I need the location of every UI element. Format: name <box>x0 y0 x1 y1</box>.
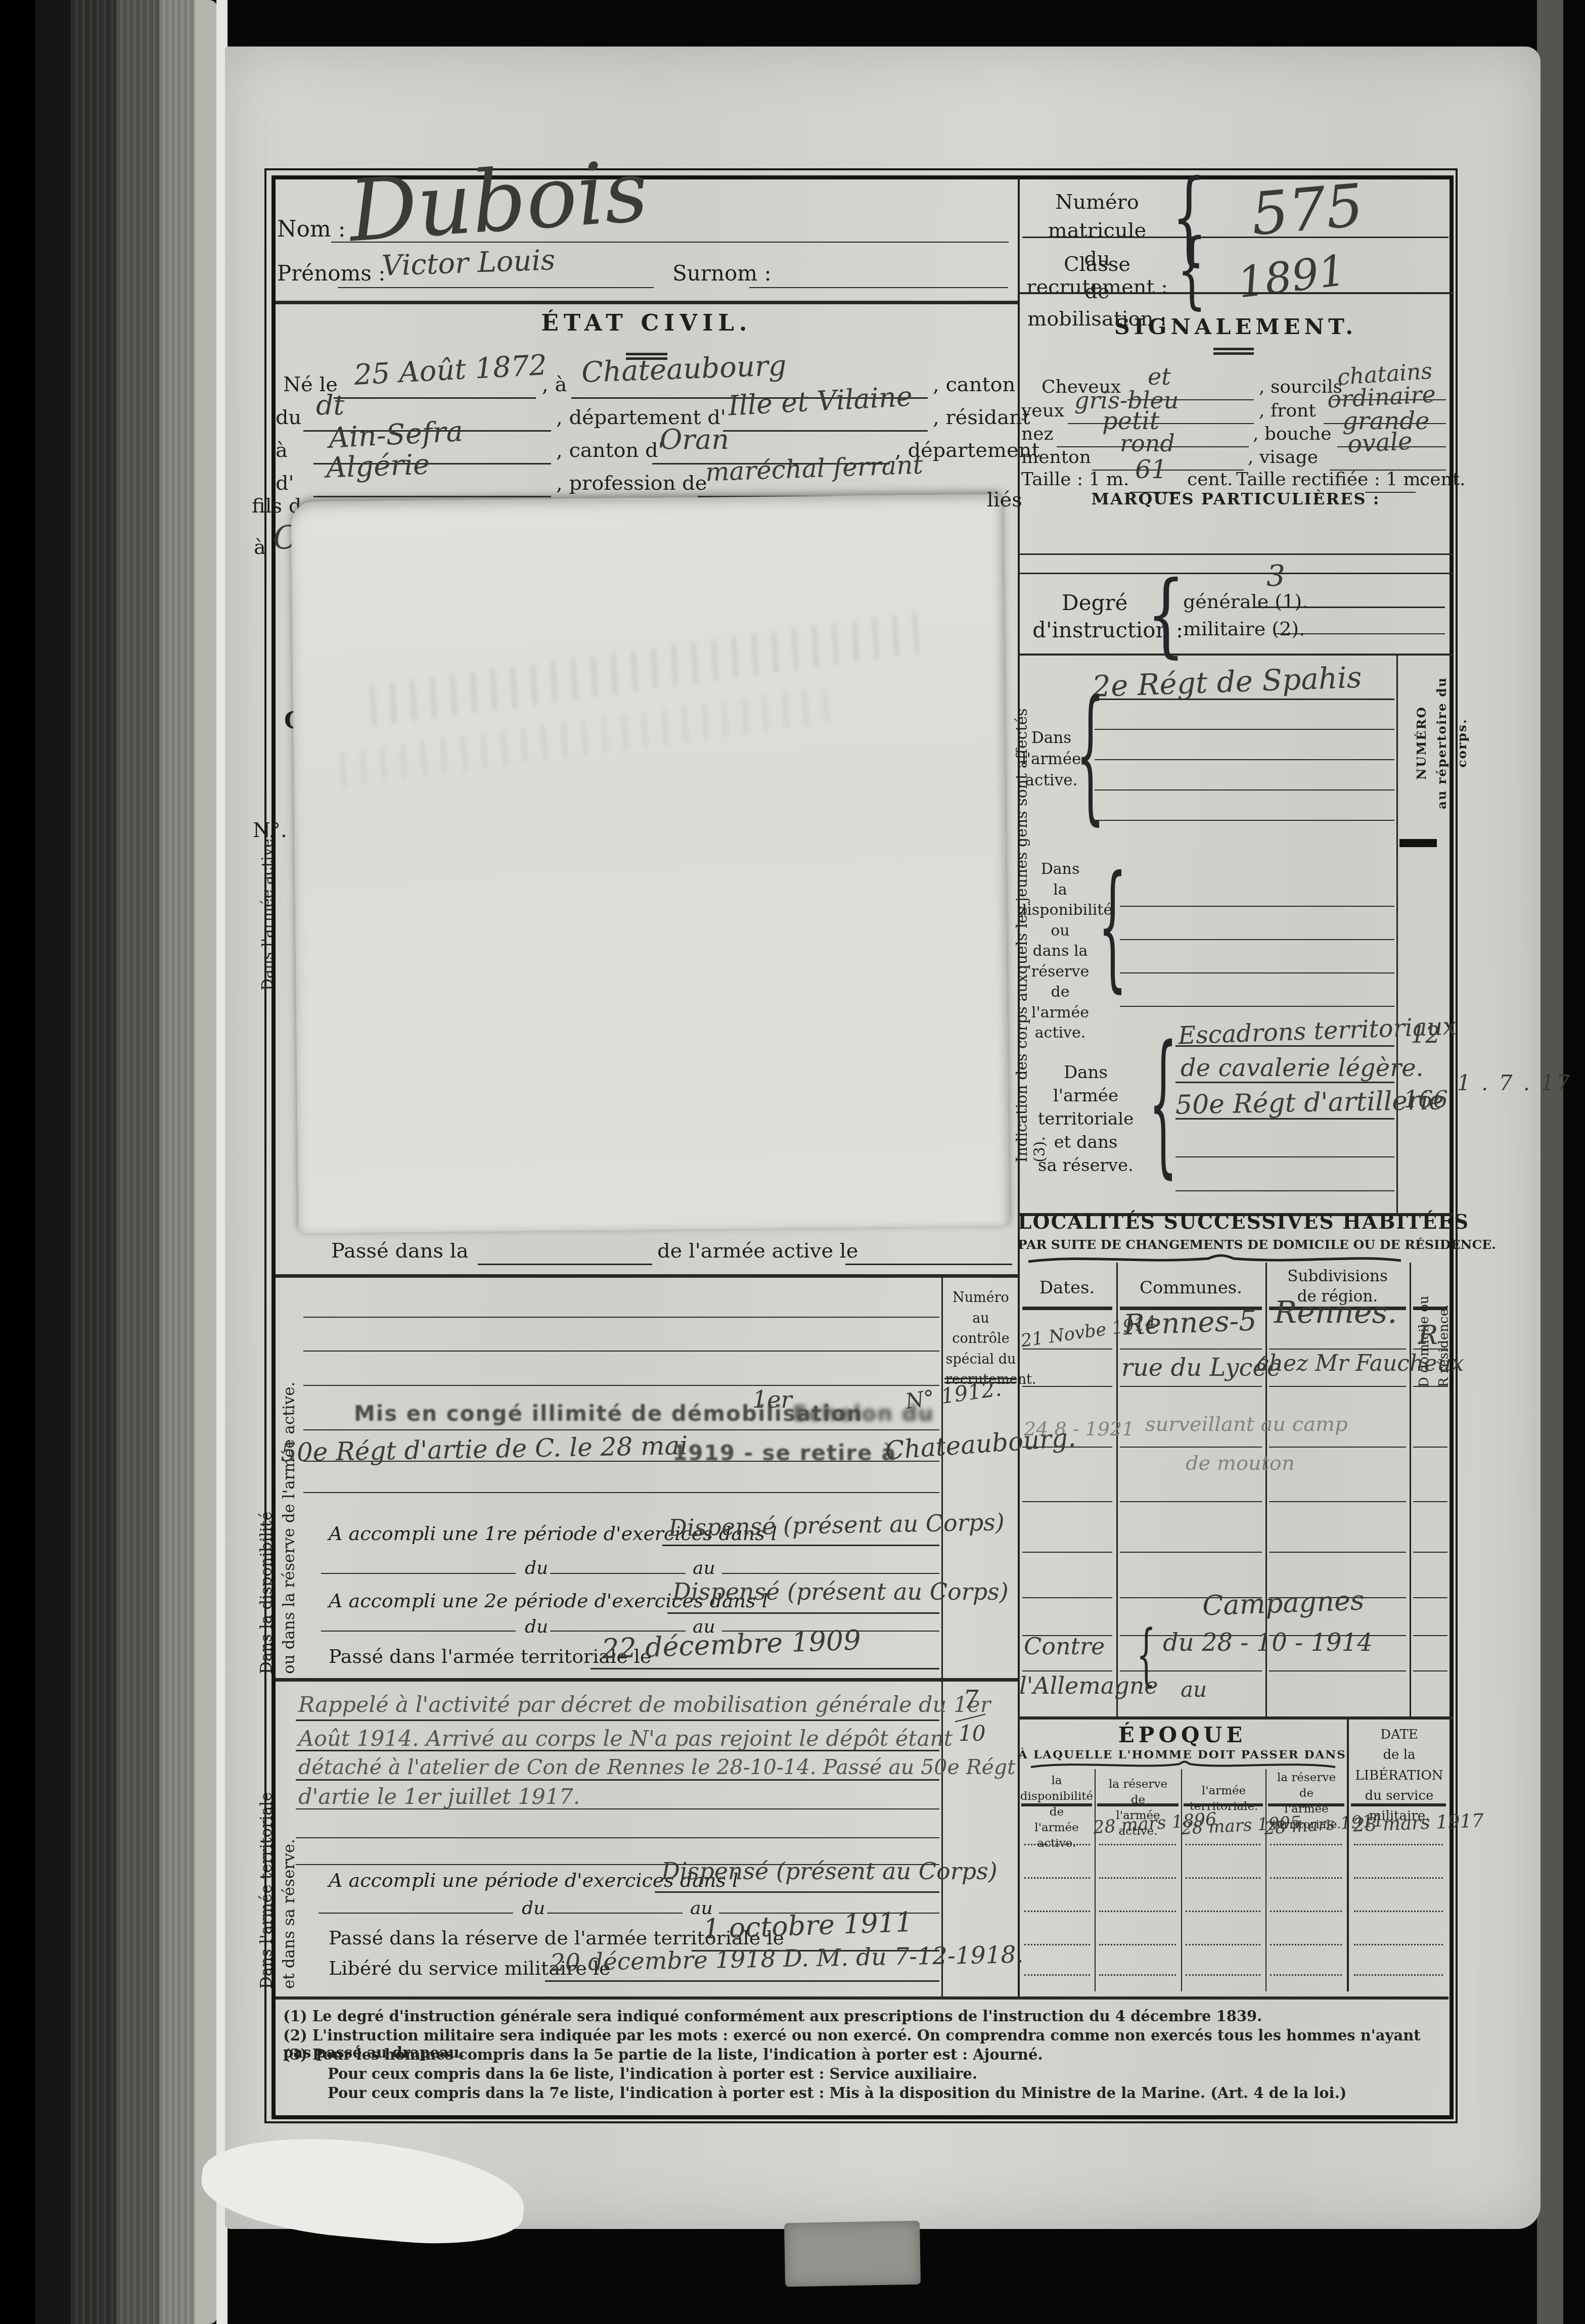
loc-line-d1 <box>1022 1597 1112 1598</box>
corps-g3-brace: { <box>1149 1027 1178 1182</box>
front-label: , front <box>1259 400 1316 421</box>
a-label: à <box>276 439 288 462</box>
footnote-3: (3) Pour les hommes compris dans la 5e p… <box>283 2046 1446 2063</box>
corps-g3-num1: 12 <box>1411 1021 1440 1048</box>
book-spine-band1 <box>35 0 71 2324</box>
etat-civil-title: ÉTAT CIVIL. <box>276 309 1018 336</box>
footnotes-top-rule <box>276 1996 1448 2000</box>
dispo-line4 <box>303 1429 939 1430</box>
repertoire-end-mark <box>1399 839 1437 847</box>
fraction-top: 7 <box>963 1686 979 1714</box>
corps-g3-num2: 166 <box>1403 1086 1448 1113</box>
dispo-line2 <box>303 1351 939 1352</box>
dispo-side-label: Dans la disponibilité ou dans la réserve… <box>255 1280 301 1674</box>
corps-g3-value2: de cavalerie légère. <box>1181 1054 1424 1082</box>
g1-line3 <box>1095 789 1394 791</box>
nez-label: nez <box>1021 424 1053 444</box>
generale-label: générale (1). <box>1183 590 1308 613</box>
territoriale-side-label: Dans l'armée territoriale et dans sa rés… <box>255 1686 301 1989</box>
epoque-brace-ornament <box>1029 1759 1337 1770</box>
ep-dotline-b3 <box>1186 1877 1260 1879</box>
dispo-numcol-header: Numéro au contrôle spécial du recrutemen… <box>945 1288 1016 1390</box>
ep-dotline-d1 <box>1024 1944 1090 1945</box>
du-label: du <box>276 406 301 429</box>
dispo-line6 <box>303 1492 939 1493</box>
ep-dotline-c3 <box>1186 1911 1260 1912</box>
yeux-underline <box>1068 423 1254 424</box>
dispo-line3 <box>303 1385 939 1386</box>
loc-hdr-rule4 <box>1413 1307 1447 1310</box>
loc-hdr-rule1 <box>1022 1307 1112 1310</box>
loc-r2-text2: de mouton <box>1186 1452 1295 1475</box>
loc-line-b1 <box>1022 1501 1112 1502</box>
terr-empty-line1 <box>296 1837 939 1838</box>
ep-dotline-c2 <box>1099 1911 1176 1912</box>
prenoms-value: Victor Louis <box>381 244 556 283</box>
corps-g3-label: Dans l'armée territoriale et dans sa rés… <box>1031 1061 1140 1177</box>
lies-fragment: liés <box>987 488 1022 512</box>
loc-line-f1 <box>1022 1670 1112 1671</box>
rappel-underline4 <box>296 1808 939 1809</box>
canton-d-label: , canton d' <box>556 439 664 462</box>
menton-label: menton <box>1021 447 1091 468</box>
localites-col-dates: Dates. <box>1020 1278 1114 1298</box>
corps-numcol-divider <box>1396 656 1398 1214</box>
footnote-1: (1) Le degré d'instruction générale sera… <box>283 2008 1446 2025</box>
periode2-value: Dispensé (présent au Corps) <box>672 1578 1009 1605</box>
sig-rule1 <box>1018 553 1454 555</box>
ep-dotline-e5 <box>1354 1974 1443 1976</box>
rappel-underline2 <box>296 1750 939 1751</box>
canton-value: dt <box>316 389 344 421</box>
dispo-line1 <box>303 1317 939 1318</box>
libere-underline <box>545 1980 939 1982</box>
book-page-edges1 <box>71 0 116 2324</box>
periode1-au: au <box>693 1558 715 1578</box>
campagnes-title: Campagnes <box>1202 1584 1365 1621</box>
ep-dotline-a4 <box>1270 1844 1342 1845</box>
g1-line0 <box>1095 699 1394 700</box>
g3-line4 <box>1175 1156 1394 1157</box>
generale-underline <box>1254 607 1445 608</box>
passe-active-label1: Passé dans la <box>331 1239 469 1263</box>
rappel-hw-line1: Rappelé à l'activité par décret de mobil… <box>298 1692 990 1717</box>
rappel-hw-line4: d'artie le 1er juillet 1917. <box>298 1784 580 1809</box>
p1-du-line1 <box>321 1573 516 1574</box>
scanned-document: Nom : Dubois Prénoms : Victor Louis Surn… <box>0 0 1585 2324</box>
passe-active-underline1 <box>478 1264 652 1265</box>
header-thick-rule <box>276 301 1018 304</box>
instruction-brace: { <box>1147 570 1185 661</box>
classe-underline <box>1018 292 1454 294</box>
canton-label: , canton <box>933 373 1015 396</box>
epoque-title: ÉPOQUE <box>1018 1723 1347 1747</box>
epoque-col3-divider <box>1265 1769 1266 1991</box>
birth-date-underline <box>334 397 536 399</box>
g2-line3 <box>1120 972 1394 973</box>
ep-dotline-c4 <box>1270 1911 1342 1912</box>
departement2-value: Algérie <box>326 448 430 484</box>
departement-underline <box>723 430 928 432</box>
ep-dotline-a2 <box>1099 1844 1176 1845</box>
footnote-4: Pour ceux compris dans la 6e liste, l'in… <box>328 2065 1445 2082</box>
ep-dotline-c5 <box>1354 1911 1443 1912</box>
periode2-du: du <box>525 1616 548 1637</box>
g3-line3 <box>1175 1118 1394 1120</box>
prenoms-label: Prénoms : <box>277 261 385 286</box>
rappel-hw-line2: Août 1914. Arrivé au corps le N'a pas re… <box>298 1726 953 1751</box>
taille-rect-cent: cent. <box>1420 469 1466 490</box>
surnom-label: Surnom : <box>672 261 772 286</box>
loc-r2-text1: surveillant au camp <box>1145 1413 1348 1436</box>
loc-line-c3 <box>1269 1552 1406 1553</box>
corps-g1-brace: { <box>1076 683 1105 828</box>
p1-du-line2 <box>550 1573 686 1574</box>
localites-subtitle: PAR SUITE DE CHANGEMENTS DE DOMICILE OU … <box>1018 1237 1412 1252</box>
a-fragment: à <box>254 536 266 559</box>
g1-line4 <box>1095 820 1394 821</box>
marques-label: MARQUES PARTICULIÈRES : <box>1018 489 1454 508</box>
ep-dotline-e2 <box>1099 1974 1176 1976</box>
g2-line1 <box>1120 906 1394 907</box>
campagnes-allemagne: l'Allemagne <box>1019 1672 1158 1699</box>
d-label: d' <box>276 472 294 495</box>
localites-bottom-rule <box>1018 1716 1454 1719</box>
loc-line-b2 <box>1120 1501 1262 1502</box>
periode1-underline <box>662 1545 939 1546</box>
passe-active-underline2 <box>845 1264 1012 1265</box>
corps-g2-brace: { <box>1098 859 1127 996</box>
profession-label: , profession de <box>556 472 707 495</box>
ep-dotline-b4 <box>1270 1877 1342 1879</box>
localites-col-communes: Communes. <box>1119 1278 1263 1298</box>
ep-dotline-e4 <box>1270 1974 1342 1976</box>
loc-row2-line2 <box>1120 1386 1262 1387</box>
epoque-col2-divider <box>1181 1769 1182 1991</box>
localites-col3-divider <box>1410 1263 1411 1717</box>
g3-line2 <box>1175 1082 1394 1083</box>
militaire-underline <box>1274 633 1445 634</box>
ep-dotline-d4 <box>1270 1944 1342 1945</box>
loc-row1-line2 <box>1120 1349 1262 1350</box>
ep-hdr-rule1 <box>1021 1803 1092 1806</box>
p2-du-line1 <box>321 1631 516 1632</box>
nom-value: Dubois <box>346 142 651 261</box>
loc-row1-line1 <box>1022 1349 1112 1350</box>
periode2-underline <box>667 1612 939 1614</box>
pasted-paper-overlay <box>291 494 1009 1234</box>
visage-value: ovale <box>1347 427 1413 459</box>
ep-hdr-rule3 <box>1184 1803 1263 1806</box>
taille-label: Taille : 1 m. <box>1021 469 1129 490</box>
menton-value: rond <box>1120 430 1175 457</box>
comma-a-label: , à <box>542 373 567 396</box>
loc-row1-line3 <box>1269 1349 1406 1350</box>
campagnes-contre: Contre <box>1024 1633 1105 1660</box>
campagnes-au: au <box>1181 1677 1207 1702</box>
ep-dotline-d2 <box>1099 1944 1176 1945</box>
ep-dotline-a5 <box>1354 1844 1443 1845</box>
ep-hdr-rule2 <box>1097 1803 1179 1806</box>
epoque-value-liberation: 28 mars 1917 <box>1352 1810 1484 1836</box>
loc-r1-subdiv: Rennes. <box>1274 1295 1397 1330</box>
periode1-du: du <box>525 1558 548 1578</box>
loc-row2-line4 <box>1413 1386 1447 1387</box>
ep-hdr-rule5 <box>1351 1803 1446 1806</box>
corps-g2-label: Dans la disponibilité ou dans la réserve… <box>1017 859 1103 1044</box>
epoque-col3-header: l'armée territoriale. <box>1183 1783 1264 1815</box>
generale-value: 3 <box>1266 559 1285 593</box>
loc-line-a4 <box>1413 1447 1447 1448</box>
repertoire-label: NUMÉRO au répertoire du corps. <box>1412 672 1472 814</box>
dispo-bottom-rule <box>276 1678 1018 1682</box>
ep-dotline-b5 <box>1354 1877 1443 1879</box>
loc-line-c4 <box>1413 1552 1447 1553</box>
instruction-label1: Degré <box>1062 590 1127 615</box>
ep-dotline-a3 <box>1186 1844 1260 1845</box>
dispo-top-rule <box>276 1274 1018 1278</box>
loc-line-f4 <box>1413 1670 1447 1671</box>
bleed-through-strokes <box>353 611 935 728</box>
loc-line-d4 <box>1413 1597 1447 1598</box>
canton2-value: Oran <box>660 424 729 455</box>
sig-rule2 <box>1018 573 1454 574</box>
g2-line2 <box>1120 939 1394 940</box>
loc-line-c1 <box>1022 1552 1112 1553</box>
bouche-label: , bouche <box>1253 424 1331 444</box>
signalement-dash1 <box>1213 348 1254 350</box>
instruction-bottom-rule <box>1018 654 1454 656</box>
book-page-edge-light <box>195 0 218 2324</box>
loc-line-a3 <box>1269 1447 1406 1448</box>
loc-r1-subdiv2: chez Mr Faucheux <box>1256 1351 1464 1376</box>
classe-brace: { <box>1177 228 1207 312</box>
book-page-edges3 <box>159 0 195 2324</box>
ep-dotline-c1 <box>1024 1911 1090 1912</box>
ep-dotline-d5 <box>1354 1944 1443 1945</box>
signalement-dash2 <box>1213 352 1254 355</box>
terr-du-line1 <box>319 1913 513 1914</box>
book-page-edges2 <box>116 0 159 2324</box>
g1-line1 <box>1095 729 1394 730</box>
loc-line-e4 <box>1413 1635 1447 1636</box>
signalement-title: SIGNALEMENT. <box>1018 314 1454 340</box>
loc-line-c2 <box>1120 1552 1262 1553</box>
matricule-underline <box>1022 237 1448 238</box>
g3-line1 <box>1175 1045 1394 1047</box>
tape-fragment <box>784 2221 921 2287</box>
taille-cent: cent. <box>1187 469 1233 490</box>
terr-du-line2 <box>547 1913 683 1914</box>
yeux-label: yeux <box>1021 400 1064 421</box>
fraction-bottom: 10 <box>959 1721 985 1746</box>
epoque-date-divider <box>1347 1719 1349 1991</box>
taille-value: 61 <box>1135 455 1167 484</box>
loc-row2-line3 <box>1269 1386 1406 1387</box>
loc-r1-dr: R <box>1418 1320 1438 1351</box>
rappel-hw-line3: détaché à l'atelier de Con de Rennes le … <box>298 1755 1016 1779</box>
surnom-underline <box>749 287 1008 288</box>
terr-du: du <box>522 1898 545 1919</box>
p1-du-line3 <box>722 1573 939 1574</box>
taille-rect-label: Taille rectifiée : 1 m. <box>1236 469 1426 490</box>
ep-dotline-d3 <box>1186 1944 1260 1945</box>
ep-dotline-b2 <box>1099 1877 1176 1879</box>
departement2-underline <box>313 496 551 497</box>
dispo-line5 <box>303 1461 939 1462</box>
loc-r1-commune: Rennes-5 <box>1123 1304 1257 1341</box>
epoque-col1-header: la disponibilité de l'armée active. <box>1019 1773 1094 1851</box>
nom-label: Nom : <box>277 216 346 242</box>
prenoms-underline <box>338 287 654 288</box>
localites-brace-ornament <box>1026 1252 1403 1266</box>
rappel-underline1 <box>296 1719 939 1721</box>
loc-row1-line4 <box>1413 1349 1447 1350</box>
terr-periode-underline <box>655 1891 939 1893</box>
footnote-5: Pour ceux compris dans la 7e liste, l'in… <box>328 2084 1445 2102</box>
loc-line-b3 <box>1269 1501 1406 1502</box>
loc-line-f3 <box>1269 1670 1406 1671</box>
book-spine-dark <box>0 0 35 2324</box>
passe-active-label2: de l'armée active le <box>657 1239 858 1263</box>
localites-title: LOCALITÉS SUCCESSIVES HABITÉES <box>1018 1211 1412 1234</box>
residant-label: , résidant <box>933 406 1030 429</box>
ep-dotline-e1 <box>1024 1974 1090 1976</box>
ep-dotline-a1 <box>1024 1844 1090 1845</box>
loc-line-a2 <box>1120 1447 1262 1448</box>
cheveux-value: et <box>1148 363 1171 390</box>
visage-label: , visage <box>1248 447 1318 468</box>
rappel-underline3 <box>296 1779 939 1781</box>
armee-active-vertical-label: Dans l'armée active. <box>259 804 277 991</box>
campagnes-du: du 28 - 10 - 1914 <box>1163 1629 1373 1657</box>
corps-g1-label: Dans l'armée active. <box>1017 728 1085 792</box>
epoque-col1-divider <box>1095 1769 1096 1991</box>
passe-territoriale-underline <box>591 1668 939 1669</box>
g3-line5 <box>1175 1190 1394 1191</box>
loc-line-b4 <box>1413 1501 1447 1502</box>
margin-note: 1 . 7 . 17 <box>1457 1071 1572 1095</box>
demob-echelon-num: 1er <box>752 1386 792 1413</box>
terr-periode-value: Dispensé (présent au Corps) <box>661 1857 998 1885</box>
g1-line2 <box>1095 759 1394 760</box>
ep-hdr-rule4 <box>1268 1803 1344 1806</box>
militaire-label: militaire (2). <box>1183 618 1305 640</box>
right-page-edge <box>1537 0 1563 2324</box>
g2-line4 <box>1120 1006 1394 1007</box>
ep-dotline-e3 <box>1186 1974 1260 1976</box>
ep-dotline-b1 <box>1024 1877 1090 1879</box>
